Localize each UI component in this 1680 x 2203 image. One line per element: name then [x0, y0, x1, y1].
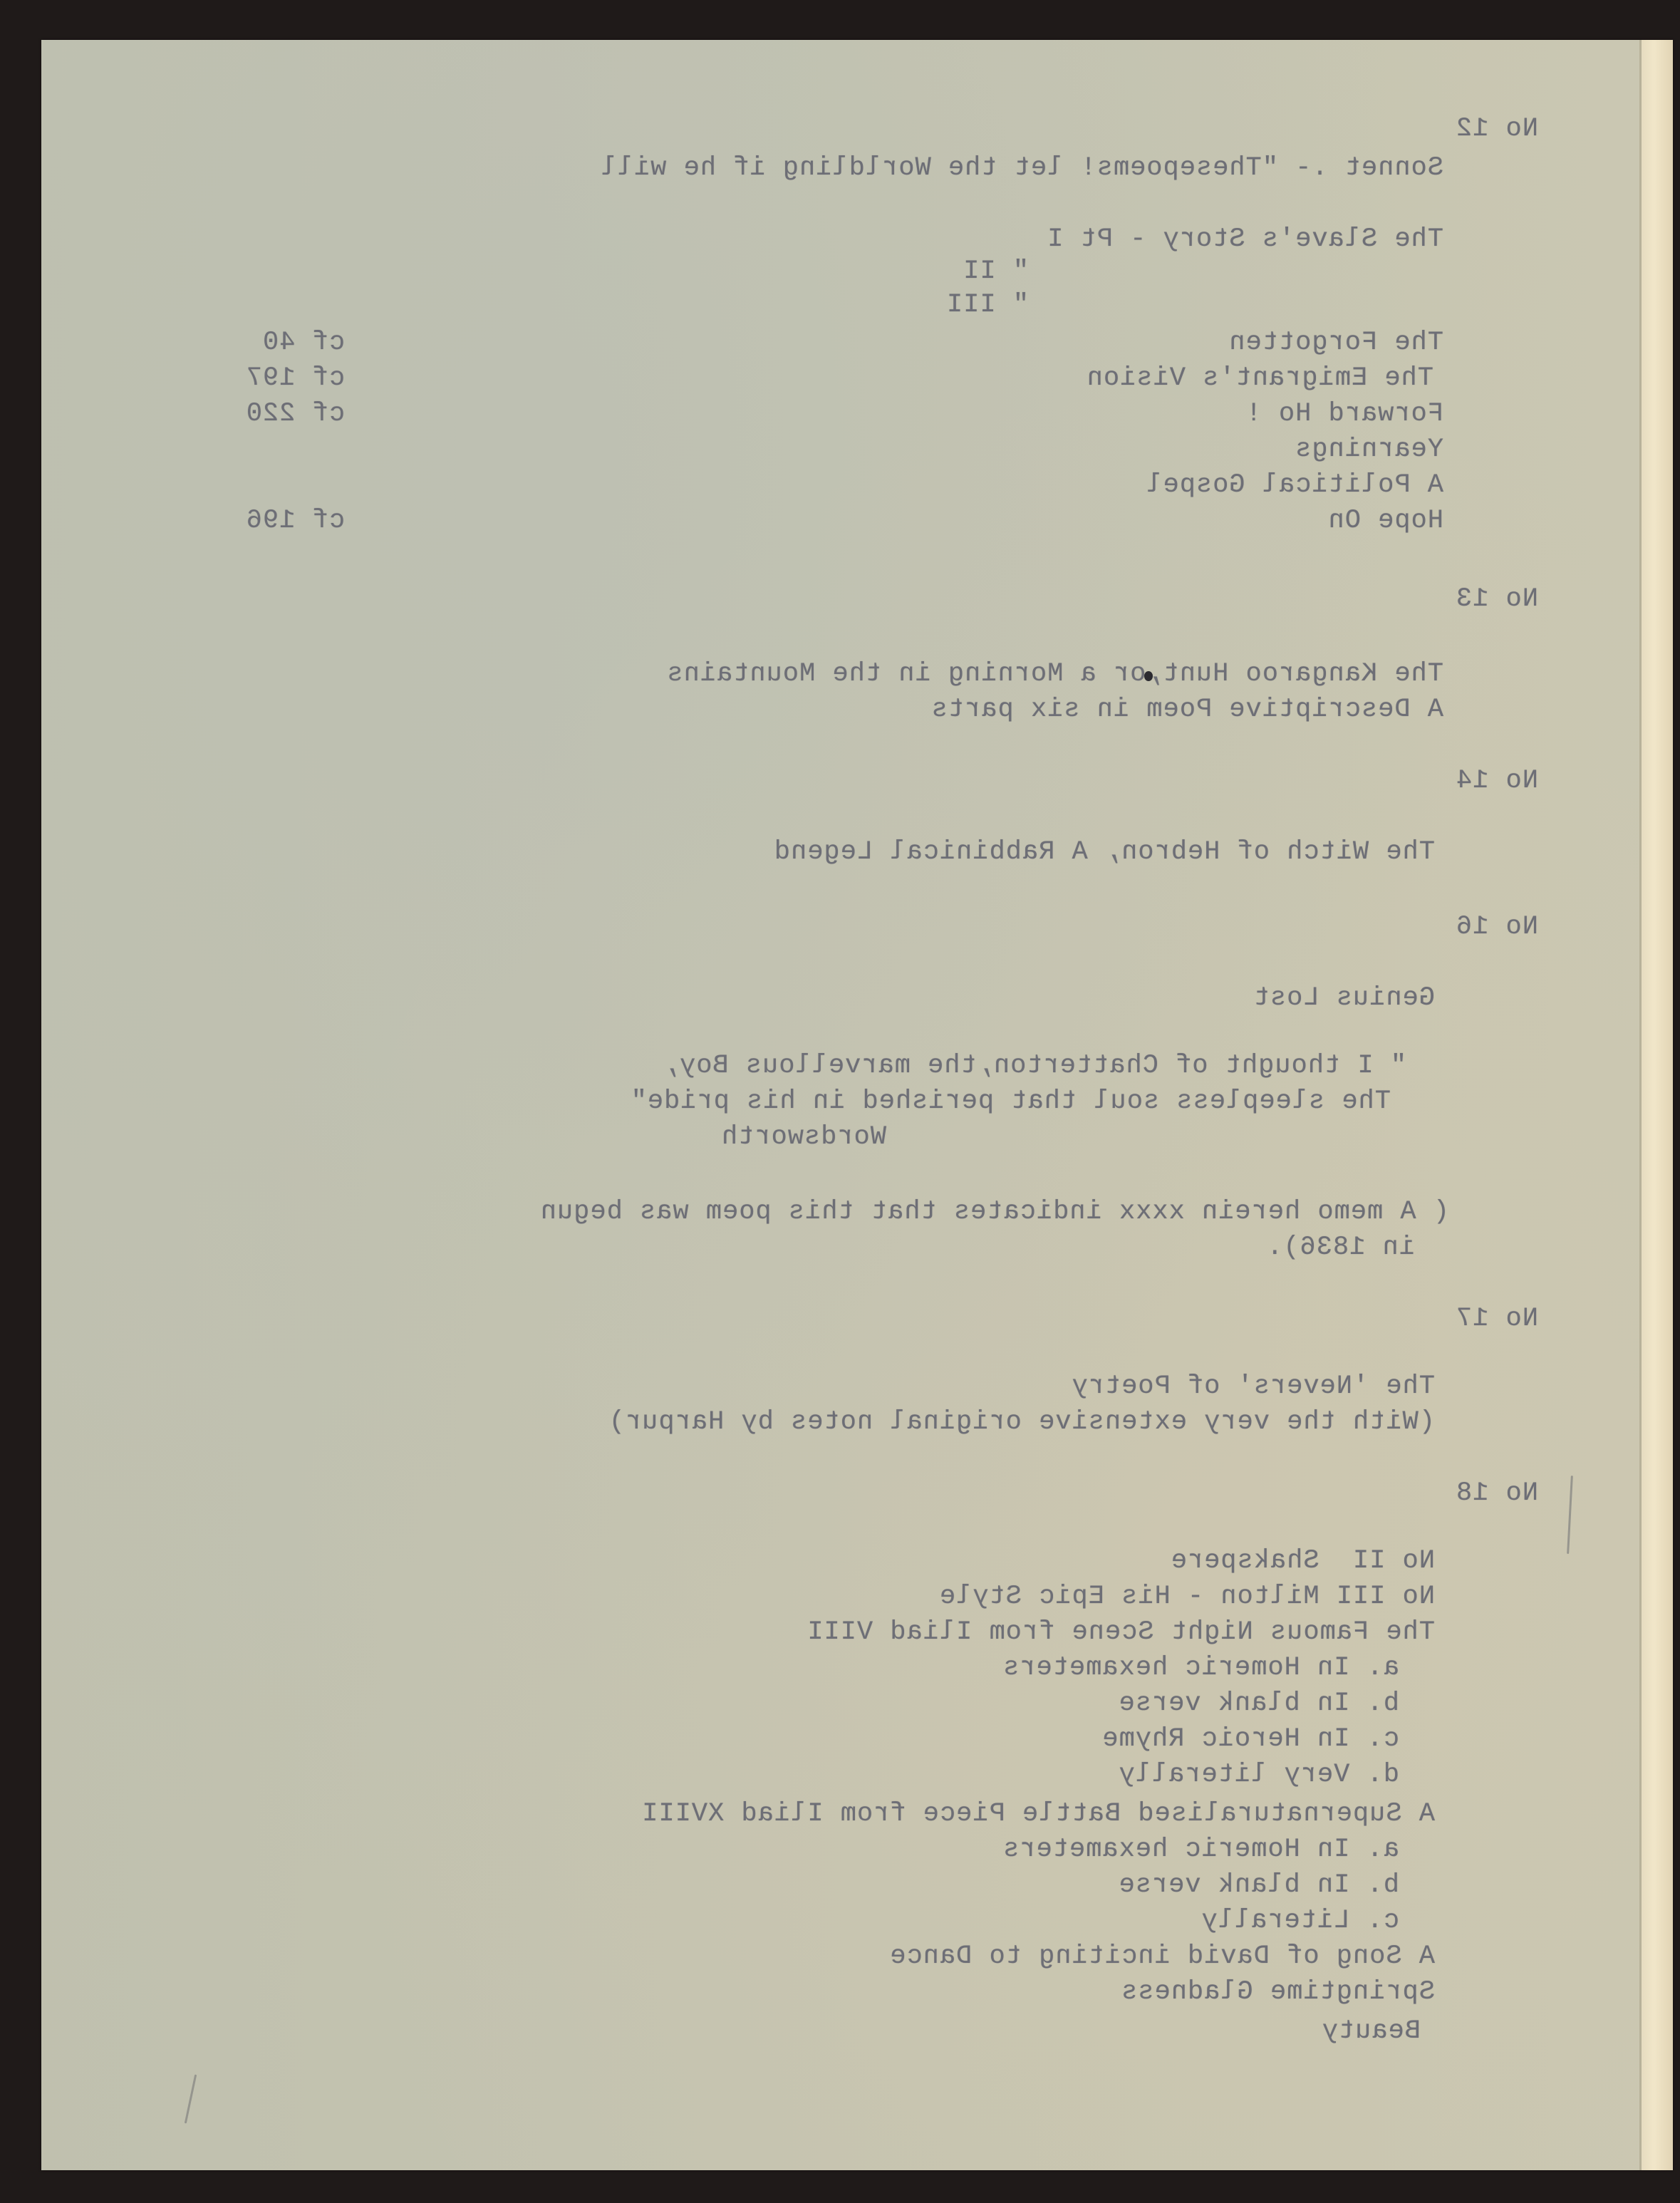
- text-line: The Kangaroo Hunt,or a Morning in the Mo…: [666, 660, 1443, 688]
- entry-title: Forward Ho !: [1245, 400, 1443, 428]
- text-line: " I thought of Chatterton,the marvellous…: [663, 1052, 1406, 1080]
- entry-title: A Political Gospel: [1146, 471, 1443, 499]
- text-line: in 1836).: [1266, 1233, 1415, 1262]
- ink-blot: [1144, 671, 1153, 681]
- section-number: No 18: [1456, 1479, 1538, 1508]
- text-line: The Slave's Story - Pt I: [1047, 225, 1443, 254]
- text-line: a. In Homeric hexameters: [1002, 1654, 1399, 1682]
- text-line: The 'Nevers' of Poetry: [1072, 1372, 1435, 1401]
- text-line: " II: [963, 257, 1029, 286]
- text-line: (With the very extensive original notes …: [608, 1408, 1435, 1436]
- entry-ref: cf 196: [246, 507, 345, 535]
- text-line: Wordsworth: [721, 1123, 886, 1151]
- text-line: A Song of David inciting to Dance: [889, 1942, 1435, 1971]
- entry-title: The Forgotten: [1228, 328, 1443, 357]
- text-line: " III: [946, 291, 1029, 319]
- entry-title: Hope On: [1328, 507, 1443, 535]
- text-line: a. In Homeric hexameters: [1002, 1835, 1399, 1864]
- entry-ref: cf 197: [246, 364, 345, 393]
- section-number: No 13: [1456, 585, 1538, 613]
- section-number: No 17: [1456, 1305, 1538, 1333]
- text-line: c. In Heroic Rhyme: [1101, 1725, 1399, 1753]
- text-line: ( A memo herein xxxx indicates that this…: [540, 1198, 1449, 1226]
- text-line: Beauty: [1322, 2017, 1421, 2046]
- section-number: No 16: [1456, 913, 1538, 941]
- entry-ref: cf 40: [262, 328, 345, 357]
- text-line: The Famous Night Scene from Iliad VIII: [807, 1618, 1435, 1647]
- page-edge: [1642, 40, 1673, 2170]
- text-line: The Witch of Hebron, A Rabbinical Legend: [774, 838, 1435, 866]
- text-line: b. In blank verse: [1119, 1871, 1399, 1899]
- text-line: A Supernaturalised Battle Piece from Ili…: [641, 1800, 1435, 1828]
- typewritten-sheet: No 12 Sonnet .- "Thesepoems! let the Wor…: [41, 40, 1642, 2170]
- text-line: c. Literally: [1201, 1907, 1399, 1935]
- text-line: A Descriptive Poem in six parts: [931, 695, 1443, 724]
- section-number: No 12: [1456, 115, 1538, 143]
- text-line: The sleepless soul that perished in his …: [631, 1087, 1391, 1116]
- text-line: No II Shakspere: [1171, 1547, 1435, 1575]
- text-line: Sonnet .- "Thesepoems! let the Worldling…: [601, 154, 1443, 182]
- text-line: d. Very literally: [1119, 1761, 1399, 1789]
- text-line: b. In blank verse: [1119, 1689, 1399, 1718]
- entry-title: The Emigrant's Vision: [1087, 364, 1433, 393]
- section-number: No 14: [1456, 767, 1538, 795]
- document-page: No 12 Sonnet .- "Thesepoems! let the Wor…: [41, 40, 1673, 2170]
- entry-title: Yearnings: [1295, 435, 1443, 464]
- text-line: Genius Lost: [1253, 984, 1435, 1012]
- entry-ref: cf 220: [246, 400, 345, 428]
- text-line: No III Milton - His Epic Style: [939, 1582, 1435, 1611]
- text-line: Springtime Gladness: [1121, 1978, 1435, 2006]
